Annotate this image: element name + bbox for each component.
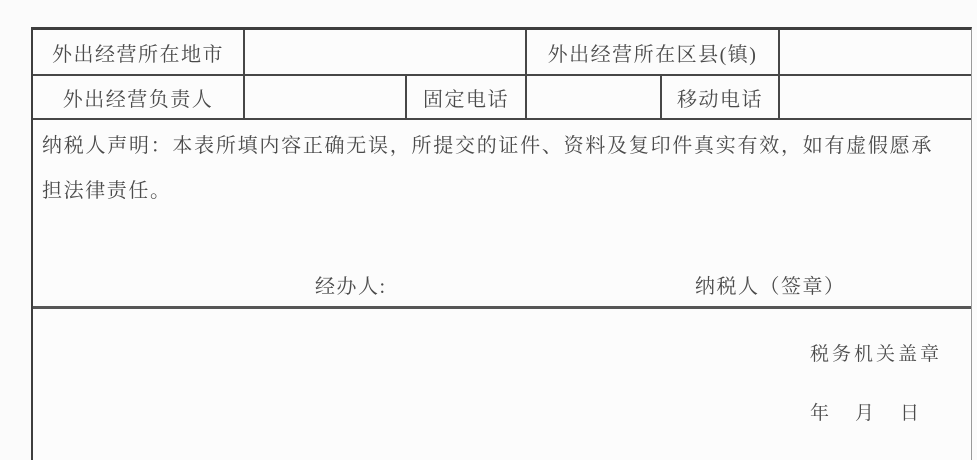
tax-authority-section: 税务机关盖章 年 月 日	[33, 309, 971, 459]
manager-value-cell	[245, 76, 407, 118]
district-label: 外出经营所在区县(镇)	[548, 38, 758, 67]
month-label: 月	[855, 398, 874, 425]
city-label: 外出经营所在地市	[52, 38, 224, 67]
tax-authority-stamp-label: 税务机关盖章	[810, 339, 942, 366]
date-line: 年 月 日	[810, 398, 919, 425]
manager-label: 外出经营负责人	[63, 83, 214, 112]
taxpayer-declaration-section: 纳税人声明：本表所填内容正确无误，所提交的证件、资料及复印件真实有效，如有虚假愿…	[33, 120, 971, 309]
manager-label-cell: 外出经营负责人	[33, 76, 245, 118]
declaration-text: 纳税人声明：本表所填内容正确无误，所提交的证件、资料及复印件真实有效，如有虚假愿…	[33, 120, 971, 214]
form-table: 外出经营所在地市 外出经营所在区县(镇) 外出经营负责人 固定电话	[31, 27, 972, 460]
fixed-phone-label-cell: 固定电话	[407, 76, 527, 118]
table-row: 外出经营所在地市 外出经营所在区县(镇)	[33, 30, 971, 76]
mobile-phone-label-cell: 移动电话	[662, 76, 780, 118]
mobile-phone-value-cell	[780, 76, 971, 118]
city-label-cell: 外出经营所在地市	[33, 30, 245, 74]
mobile-phone-label: 移动电话	[677, 83, 763, 112]
agent-signature-label: 经办人:	[315, 270, 387, 299]
scanned-tax-form-page: 外出经营所在地市 外出经营所在区县(镇) 外出经营负责人 固定电话	[0, 0, 977, 460]
fixed-phone-value-cell	[527, 76, 662, 118]
taxpayer-signature-label: 纳税人（签章）	[695, 270, 846, 299]
city-value-cell	[245, 30, 527, 74]
table-row: 外出经营负责人 固定电话 移动电话	[33, 76, 971, 120]
fixed-phone-label: 固定电话	[423, 83, 509, 112]
district-label-cell: 外出经营所在区县(镇)	[527, 30, 780, 74]
day-label: 日	[900, 398, 919, 425]
year-label: 年	[810, 398, 829, 425]
district-value-cell	[780, 30, 971, 74]
